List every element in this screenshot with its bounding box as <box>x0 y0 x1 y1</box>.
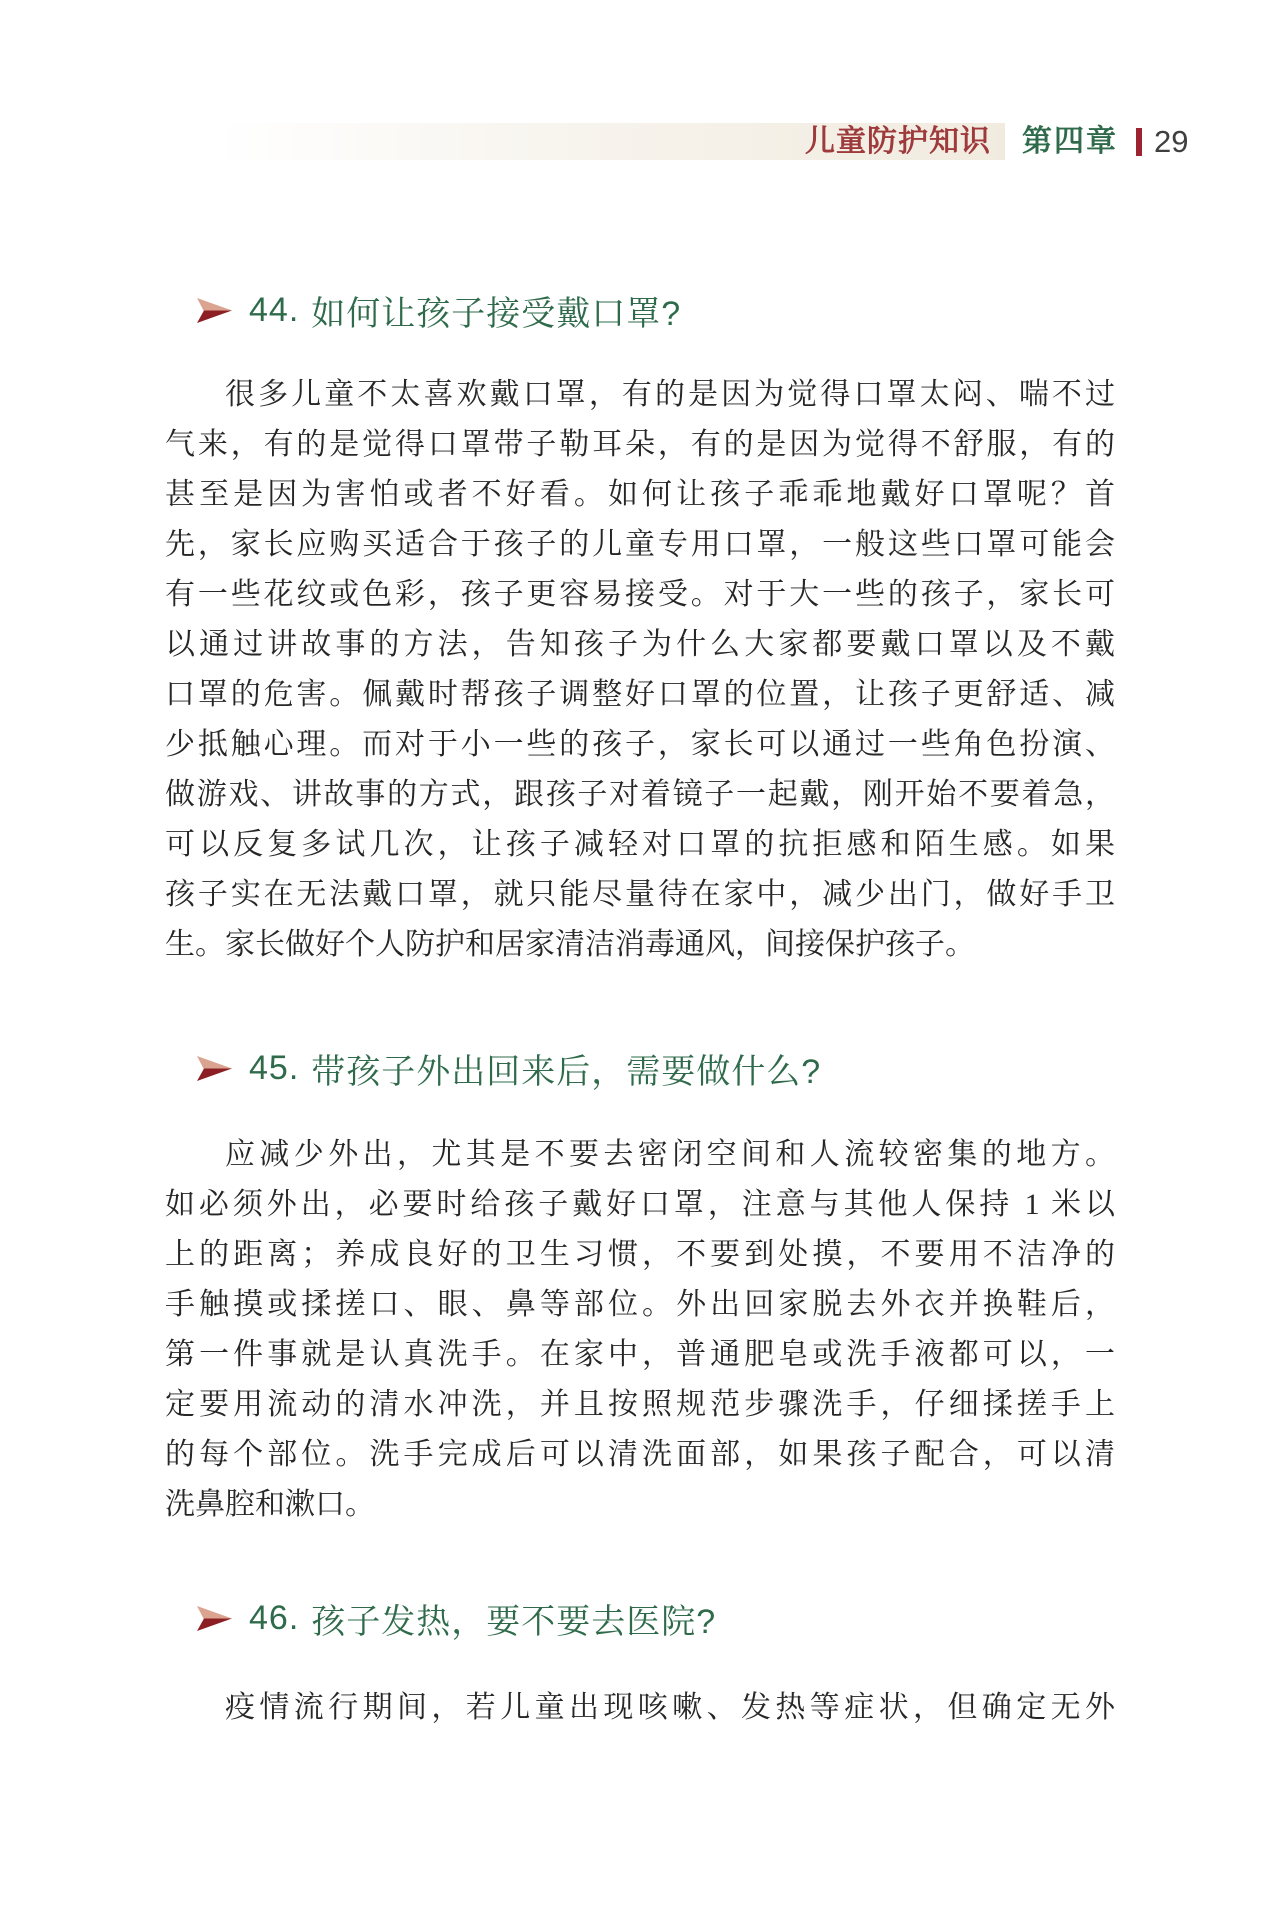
header-chapter-label: 第四章 <box>1022 123 1118 160</box>
section-heading-45: 45. 带孩子外出回来后，需要做什么? <box>196 1048 821 1088</box>
section-number: 46. <box>249 1599 299 1638</box>
header-chapter-group: 第四章 29 <box>1022 123 1188 160</box>
paragraph-line: 气来，有的是觉得口罩带子勒耳朵，有的是因为觉得不舒服，有的 <box>165 420 1115 470</box>
paragraph-line: 很多儿童不太喜欢戴口罩，有的是因为觉得口罩太闷、喘不过 <box>165 370 1115 420</box>
section-heading-44: 44. 如何让孩子接受戴口罩? <box>196 290 681 330</box>
header-band: 儿童防护知识 <box>215 123 1005 160</box>
paragraph-line: 少抵触心理。而对于小一些的孩子，家长可以通过一些角色扮演、 <box>165 720 1115 770</box>
paragraph-line: 甚至是因为害怕或者不好看。如何让孩子乖乖地戴好口罩呢？首 <box>165 470 1115 520</box>
section-paragraph-46: 疫情流行期间，若儿童出现咳嗽、发热等症状，但确定无外 <box>165 1683 1115 1733</box>
paragraph-line: 生。家长做好个人防护和居家清洁消毒通风，间接保护孩子。 <box>165 920 1115 970</box>
section-title: 孩子发热，要不要去医院? <box>311 1594 716 1643</box>
right-arrow-icon <box>196 1605 232 1632</box>
paragraph-line: 的每个部位。洗手完成后可以清洗面部，如果孩子配合，可以清 <box>165 1430 1115 1480</box>
right-arrow-icon <box>196 1055 232 1082</box>
paragraph-line: 口罩的危害。佩戴时帮孩子调整好口罩的位置，让孩子更舒适、减 <box>165 670 1115 720</box>
right-arrow-icon <box>196 297 232 324</box>
paragraph-line: 先，家长应购买适合于孩子的儿童专用口罩，一般这些口罩可能会 <box>165 520 1115 570</box>
page-number: 29 <box>1154 123 1188 160</box>
paragraph-line: 洗鼻腔和漱口。 <box>165 1480 1115 1530</box>
paragraph-line: 以通过讲故事的方法，告知孩子为什么大家都要戴口罩以及不戴 <box>165 620 1115 670</box>
paragraph-line: 手触摸或揉搓口、眼、鼻等部位。外出回家脱去外衣并换鞋后， <box>165 1280 1115 1330</box>
section-heading-46: 46. 孩子发热，要不要去医院? <box>196 1598 716 1638</box>
section-paragraph-45: 应减少外出，尤其是不要去密闭空间和人流较密集的地方。如必须外出，必要时给孩子戴好… <box>165 1130 1115 1530</box>
section-title: 带孩子外出回来后，需要做什么? <box>311 1044 821 1093</box>
paragraph-line: 做游戏、讲故事的方式，跟孩子对着镜子一起戴，刚开始不要着急， <box>165 770 1115 820</box>
paragraph-line: 孩子实在无法戴口罩，就只能尽量待在家中，减少出门，做好手卫 <box>165 870 1115 920</box>
section-number: 45. <box>249 1049 299 1088</box>
section-title: 如何让孩子接受戴口罩? <box>311 286 681 335</box>
book-page: 儿童防护知识 第四章 29 44. 如何让孩子接受戴口罩? 很多儿童不太喜欢戴口… <box>0 0 1280 1920</box>
paragraph-line: 有一些花纹或色彩，孩子更容易接受。对于大一些的孩子，家长可 <box>165 570 1115 620</box>
paragraph-line: 上的距离；养成良好的卫生习惯，不要到处摸，不要用不洁净的 <box>165 1230 1115 1280</box>
paragraph-line: 定要用流动的清水冲洗，并且按照规范步骤洗手，仔细揉搓手上 <box>165 1380 1115 1430</box>
paragraph-line: 第一件事就是认真洗手。在家中，普通肥皂或洗手液都可以，一 <box>165 1330 1115 1380</box>
section-paragraph-44: 很多儿童不太喜欢戴口罩，有的是因为觉得口罩太闷、喘不过气来，有的是觉得口罩带子勒… <box>165 370 1115 970</box>
paragraph-line: 应减少外出，尤其是不要去密闭空间和人流较密集的地方。 <box>165 1130 1115 1180</box>
section-number: 44. <box>249 291 299 330</box>
paragraph-line: 疫情流行期间，若儿童出现咳嗽、发热等症状，但确定无外 <box>165 1683 1115 1733</box>
header-divider-bar <box>1136 128 1142 156</box>
paragraph-line: 如必须外出，必要时给孩子戴好口罩，注意与其他人保持 1 米以 <box>165 1180 1115 1230</box>
paragraph-line: 可以反复多试几次，让孩子减轻对口罩的抗拒感和陌生感。如果 <box>165 820 1115 870</box>
header-book-title: 儿童防护知识 <box>805 123 1005 160</box>
